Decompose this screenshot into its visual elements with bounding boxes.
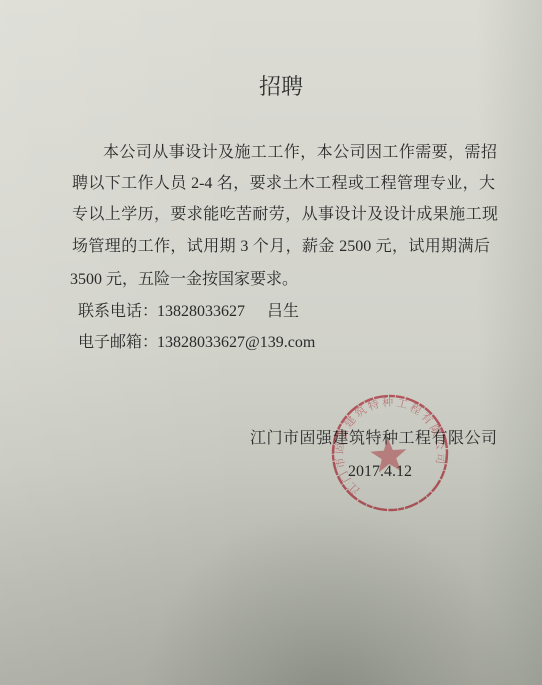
email-address: 13828033627@139.com (157, 335, 315, 351)
document-title: 招聘 (259, 76, 303, 98)
company-seal-stamp: 江门市固强建筑特种工程有限公司 (330, 393, 450, 513)
body-line-2: 聘以下工作人员 2-4 名，要求土木工程或工程管理专业，大 (72, 176, 495, 192)
body-line-5: 3500 元，五险一金按国家要求。 (70, 272, 298, 288)
body-line-1: 本公司从事设计及施工工作，本公司因工作需要，需招 (103, 145, 497, 161)
phone-number: 13828033627 (157, 304, 245, 320)
phone-label: 联系电话： (78, 304, 158, 320)
document-page: 招聘 本公司从事设计及施工工作，本公司因工作需要，需招 聘以下工作人员 2-4 … (0, 0, 542, 685)
contact-person: 吕生 (267, 304, 299, 320)
star-icon (369, 436, 407, 473)
body-line-4: 场管理的工作，试用期 3 个月，薪金 2500 元，试用期满后 (72, 239, 490, 255)
email-label: 电子邮箱： (78, 335, 158, 351)
body-line-3: 专以上学历，要求能吃苦耐劳，从事设计及设计成果施工现 (72, 207, 498, 223)
